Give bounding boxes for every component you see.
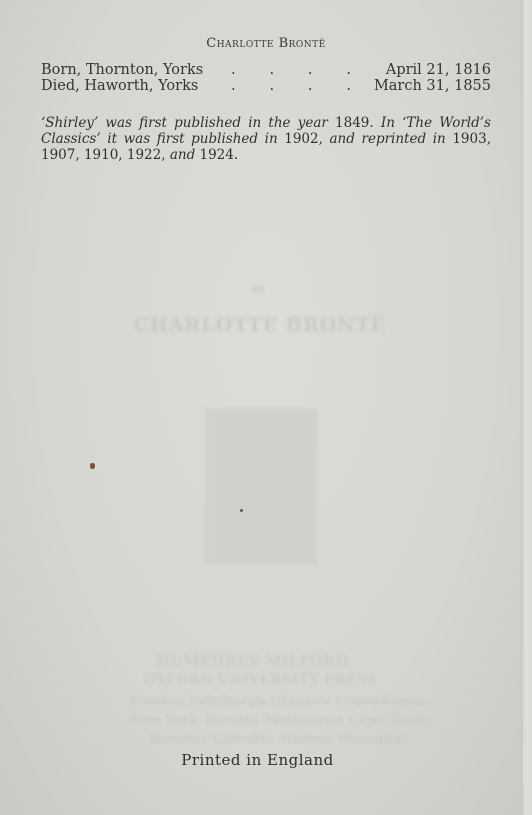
ink-speck <box>240 509 243 512</box>
book-title: ‘Shirley’ <box>41 115 98 131</box>
born-label: Born, Thornton, Yorks <box>41 62 203 78</box>
born-row: Born, Thornton, Yorks .... April 21, 181… <box>41 62 491 78</box>
show-through-publisher-line: OXFORD UNIVERSITY PRESS <box>60 672 460 688</box>
book-page: Charlotte Brontë Born, Thornton, Yorks .… <box>0 0 532 815</box>
show-through-author: CHARLOTTE BRONTË <box>0 314 526 336</box>
show-through-by: BY <box>0 286 524 296</box>
author-header: Charlotte Brontë <box>0 36 532 51</box>
died-label: Died, Haworth, Yorks <box>41 78 198 94</box>
died-row: Died, Haworth, Yorks .... March 31, 1855 <box>41 78 491 94</box>
show-through-publisher-line: HUMPHREY MILFORD <box>52 652 452 670</box>
born-date: April 21, 1816 <box>386 62 491 78</box>
died-date: March 31, 1855 <box>374 78 491 94</box>
show-through-publisher-line: London Edinburgh Glasgow Copenhagen <box>78 694 478 709</box>
page-edge <box>521 0 532 815</box>
printed-in-england: Printed in England <box>0 751 515 769</box>
show-through-publisher-line: Bombay Calcutta Madras Shanghai <box>78 732 478 747</box>
show-through-publisher-line: New York Toronto Melbourne Cape Town <box>78 713 478 728</box>
dot-leader: .... <box>231 62 351 78</box>
show-through-illustration <box>205 408 317 564</box>
dot-leader: .... <box>231 78 351 94</box>
red-speck <box>90 463 95 469</box>
publication-note: ‘Shirley’ was first published in the yea… <box>41 115 491 163</box>
